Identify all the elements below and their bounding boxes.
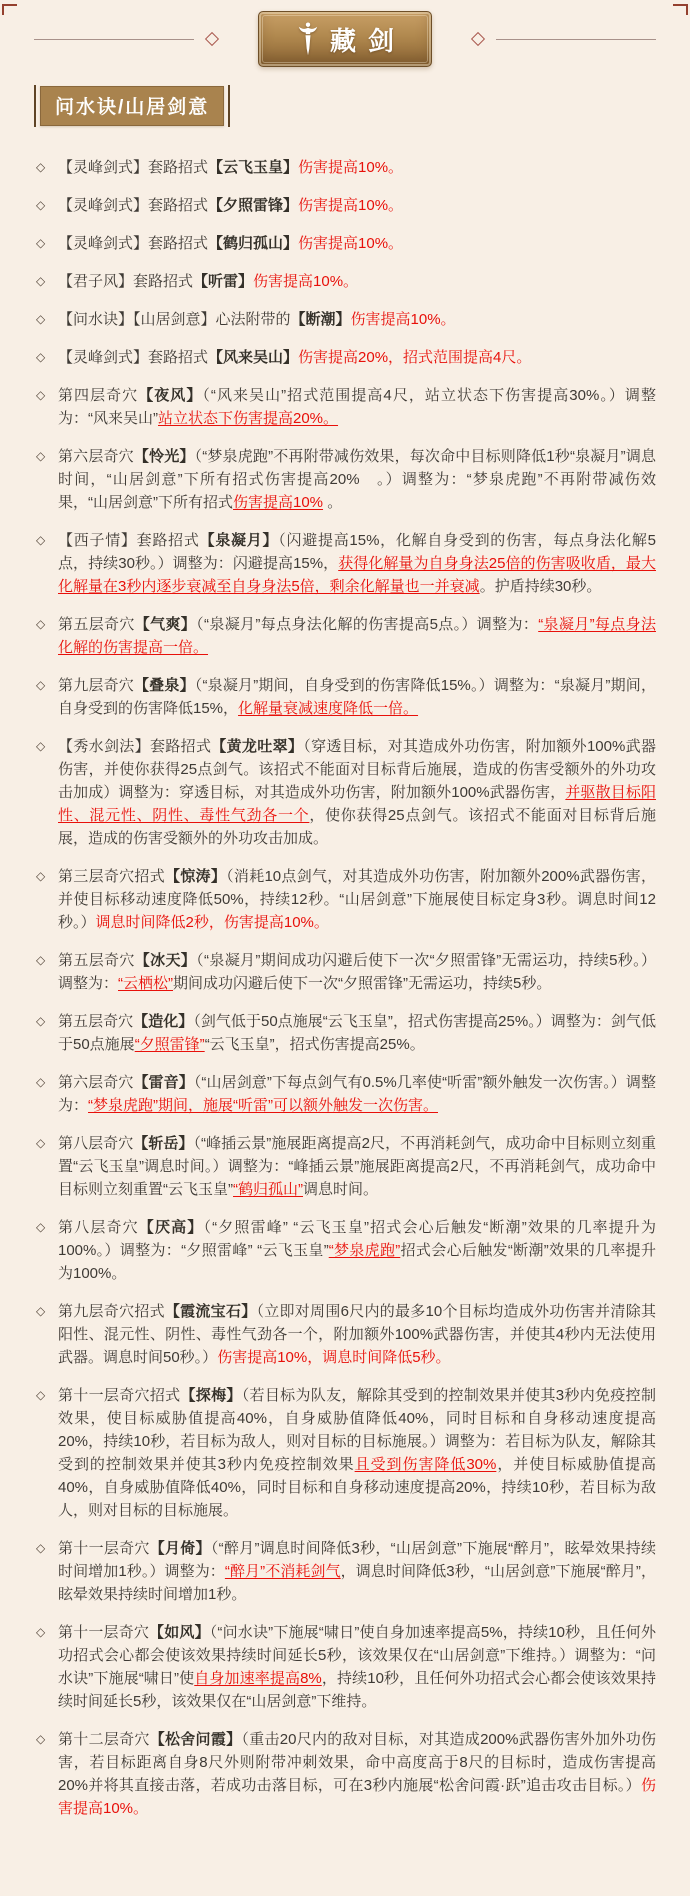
corner-ornament-top-left — [2, 4, 17, 15]
diamond-bullet-icon: ◇ — [36, 1216, 45, 1239]
diamond-bullet-icon: ◇ — [36, 1621, 45, 1644]
change-item: ◇【秀水剑法】套路招式【黄龙吐翠】（穿透目标，对其造成外功伤害，附加额外100%… — [34, 735, 656, 850]
diamond-bullet-icon: ◇ — [36, 1300, 45, 1323]
section-title-text: 问水诀/山居剑意 — [55, 97, 209, 118]
diamond-ornament-right — [471, 32, 485, 46]
class-name: 藏剑 — [330, 21, 406, 58]
change-list: ◇【灵峰剑式】套路招式【云飞玉皇】伤害提高10%。◇【灵峰剑式】套路招式【夕照雷… — [0, 156, 690, 1875]
change-item: ◇第八层奇穴【斩岳】（“峰插云景”施展距离提高2尺，不再消耗剑气，成功命中目标则… — [34, 1132, 656, 1201]
change-item: ◇第六层奇穴【怜光】（“梦泉虎跑”不再附带减伤效果，每次命中目标则降低1秒“泉凝… — [34, 445, 656, 514]
change-item: ◇【问水诀】【山居剑意】心法附带的【断潮】伤害提高10%。 — [34, 308, 656, 331]
diamond-bullet-icon: ◇ — [36, 308, 45, 331]
change-text: 第六层奇穴【怜光】（“梦泉虎跑”不再附带减伤效果，每次命中目标则降低1秒“泉凝月… — [58, 448, 656, 511]
change-text: 【西子情】套路招式【泉凝月】（闪避提高15%，化解自身受到的伤害，每点身法化解5… — [58, 532, 656, 595]
change-text: 【灵峰剑式】套路招式【风来吴山】伤害提高20%，招式范围提高4尺。 — [58, 349, 531, 366]
change-text: 第九层奇穴【叠泉】（“泉凝月”期间，自身受到的伤害降低15%。）调整为：“泉凝月… — [58, 677, 656, 717]
change-item: ◇【灵峰剑式】套路招式【云飞玉皇】伤害提高10%。 — [34, 156, 656, 179]
change-text: 第十一层奇穴【月倚】（“醉月”调息时间降低3秒，“山居剑意”下施展“醉月”，眩晕… — [58, 1540, 656, 1603]
diamond-bullet-icon: ◇ — [36, 613, 45, 636]
diamond-bullet-icon: ◇ — [36, 529, 45, 552]
change-item: ◇第十一层奇穴【月倚】（“醉月”调息时间降低3秒，“山居剑意”下施展“醉月”，眩… — [34, 1537, 656, 1606]
class-header: 藏剑 — [0, 0, 690, 70]
change-text: 【秀水剑法】套路招式【黄龙吐翠】（穿透目标，对其造成外功伤害，附加额外100%武… — [58, 738, 656, 847]
change-text: 【问水诀】【山居剑意】心法附带的【断潮】伤害提高10%。 — [58, 311, 456, 328]
divider-line-right — [496, 39, 656, 40]
class-badge: 藏剑 — [258, 11, 432, 67]
change-item: ◇第九层奇穴招式【霞流宝石】（立即对周围6尺内的最多10个目标均造成外功伤害并清… — [34, 1300, 656, 1369]
change-text: 第九层奇穴招式【霞流宝石】（立即对周围6尺内的最多10个目标均造成外功伤害并清除… — [58, 1303, 656, 1366]
change-item: ◇第九层奇穴【叠泉】（“泉凝月”期间，自身受到的伤害降低15%。）调整为：“泉凝… — [34, 674, 656, 720]
change-item: ◇【西子情】套路招式【泉凝月】（闪避提高15%，化解自身受到的伤害，每点身法化解… — [34, 529, 656, 598]
diamond-bullet-icon: ◇ — [36, 735, 45, 758]
change-item: ◇【君子风】套路招式【听雷】伤害提高10%。 — [34, 270, 656, 293]
diamond-bullet-icon: ◇ — [36, 674, 45, 697]
change-text: 第三层奇穴招式【惊涛】（消耗10点剑气，对其造成外功伤害，附加额外200%武器伤… — [58, 868, 656, 931]
sword-icon — [296, 21, 320, 58]
diamond-bullet-icon: ◇ — [36, 1537, 45, 1560]
diamond-bullet-icon: ◇ — [36, 384, 45, 407]
divider-line-left — [34, 39, 194, 40]
diamond-bullet-icon: ◇ — [36, 346, 45, 369]
change-item: ◇第五层奇穴【造化】（剑气低于50点施展“云飞玉皇”，招式伤害提高25%。）调整… — [34, 1010, 656, 1056]
diamond-bullet-icon: ◇ — [36, 156, 45, 179]
change-text: 第八层奇穴【斩岳】（“峰插云景”施展距离提高2尺，不再消耗剑气，成功命中目标则立… — [58, 1135, 656, 1198]
change-item: ◇第三层奇穴招式【惊涛】（消耗10点剑气，对其造成外功伤害，附加额外200%武器… — [34, 865, 656, 934]
corner-ornament-top-right — [673, 4, 688, 15]
change-item: ◇第八层奇穴【厌高】（“夕照雷峰” “云飞玉皇”招式会心后触发“断潮”效果的几率… — [34, 1216, 656, 1285]
change-text: 【灵峰剑式】套路招式【云飞玉皇】伤害提高10%。 — [58, 159, 403, 176]
diamond-bullet-icon: ◇ — [36, 194, 45, 217]
diamond-bullet-icon: ◇ — [36, 865, 45, 888]
change-item: ◇第十一层奇穴招式【探梅】（若目标为队友，解除其受到的控制效果并使其3秒内免疫控… — [34, 1384, 656, 1522]
change-item: ◇第十二层奇穴【松舍问霞】（重击20尺内的敌对目标，对其造成200%武器伤害外加… — [34, 1728, 656, 1820]
change-text: 【君子风】套路招式【听雷】伤害提高10%。 — [58, 273, 358, 290]
change-item: ◇第四层奇穴【夜风】（“风来吴山”招式范围提高4尺，站立状态下伤害提高30%。）… — [34, 384, 656, 430]
diamond-bullet-icon: ◇ — [36, 1728, 45, 1751]
change-text: 第四层奇穴【夜风】（“风来吴山”招式范围提高4尺，站立状态下伤害提高30%。）调… — [58, 387, 656, 427]
change-text: 【灵峰剑式】套路招式【鹤归孤山】伤害提高10%。 — [58, 235, 403, 252]
diamond-ornament-left — [205, 32, 219, 46]
change-item: ◇【灵峰剑式】套路招式【风来吴山】伤害提高20%，招式范围提高4尺。 — [34, 346, 656, 369]
change-item: ◇第五层奇穴【冰天】（“泉凝月”期间成功闪避后使下一次“夕照雷锋”无需运功，持续… — [34, 949, 656, 995]
change-text: 第五层奇穴【气爽】（“泉凝月”每点身法化解的伤害提高5点。）调整为：“泉凝月”每… — [58, 616, 656, 656]
diamond-bullet-icon: ◇ — [36, 270, 45, 293]
change-text: 第六层奇穴【雷音】（“山居剑意”下每点剑气有0.5%几率使“听雷”额外触发一次伤… — [58, 1074, 656, 1114]
diamond-bullet-icon: ◇ — [36, 1132, 45, 1155]
change-text: 第八层奇穴【厌高】（“夕照雷峰” “云飞玉皇”招式会心后触发“断潮”效果的几率提… — [58, 1219, 656, 1282]
section-title: 问水诀/山居剑意 — [40, 86, 224, 126]
diamond-bullet-icon: ◇ — [36, 1071, 45, 1094]
change-text: 第五层奇穴【造化】（剑气低于50点施展“云飞玉皇”，招式伤害提高25%。）调整为… — [58, 1013, 656, 1053]
change-text: 第十二层奇穴【松舍问霞】（重击20尺内的敌对目标，对其造成200%武器伤害外加外… — [58, 1731, 656, 1817]
diamond-bullet-icon: ◇ — [36, 232, 45, 255]
diamond-bullet-icon: ◇ — [36, 1384, 45, 1407]
change-text: 【灵峰剑式】套路招式【夕照雷锋】伤害提高10%。 — [58, 197, 403, 214]
change-item: ◇【灵峰剑式】套路招式【鹤归孤山】伤害提高10%。 — [34, 232, 656, 255]
change-text: 第十一层奇穴招式【探梅】（若目标为队友，解除其受到的控制效果并使其3秒内免疫控制… — [58, 1387, 656, 1519]
page: 藏剑 问水诀/山居剑意 ◇【灵峰剑式】套路招式【云飞玉皇】伤害提高10%。◇【灵… — [0, 0, 690, 1896]
change-item: ◇【灵峰剑式】套路招式【夕照雷锋】伤害提高10%。 — [34, 194, 656, 217]
diamond-bullet-icon: ◇ — [36, 949, 45, 972]
change-item: ◇第六层奇穴【雷音】（“山居剑意”下每点剑气有0.5%几率使“听雷”额外触发一次… — [34, 1071, 656, 1117]
diamond-bullet-icon: ◇ — [36, 445, 45, 468]
change-item: ◇第五层奇穴【气爽】（“泉凝月”每点身法化解的伤害提高5点。）调整为：“泉凝月”… — [34, 613, 656, 659]
change-item: ◇第十一层奇穴【如风】（“问水诀”下施展“啸日”使自身加速率提高5%，持续10秒… — [34, 1621, 656, 1713]
diamond-bullet-icon: ◇ — [36, 1010, 45, 1033]
change-text: 第十一层奇穴【如风】（“问水诀”下施展“啸日”使自身加速率提高5%，持续10秒，… — [58, 1624, 656, 1710]
change-text: 第五层奇穴【冰天】（“泉凝月”期间成功闪避后使下一次“夕照雷锋”无需运功，持续5… — [58, 952, 656, 992]
